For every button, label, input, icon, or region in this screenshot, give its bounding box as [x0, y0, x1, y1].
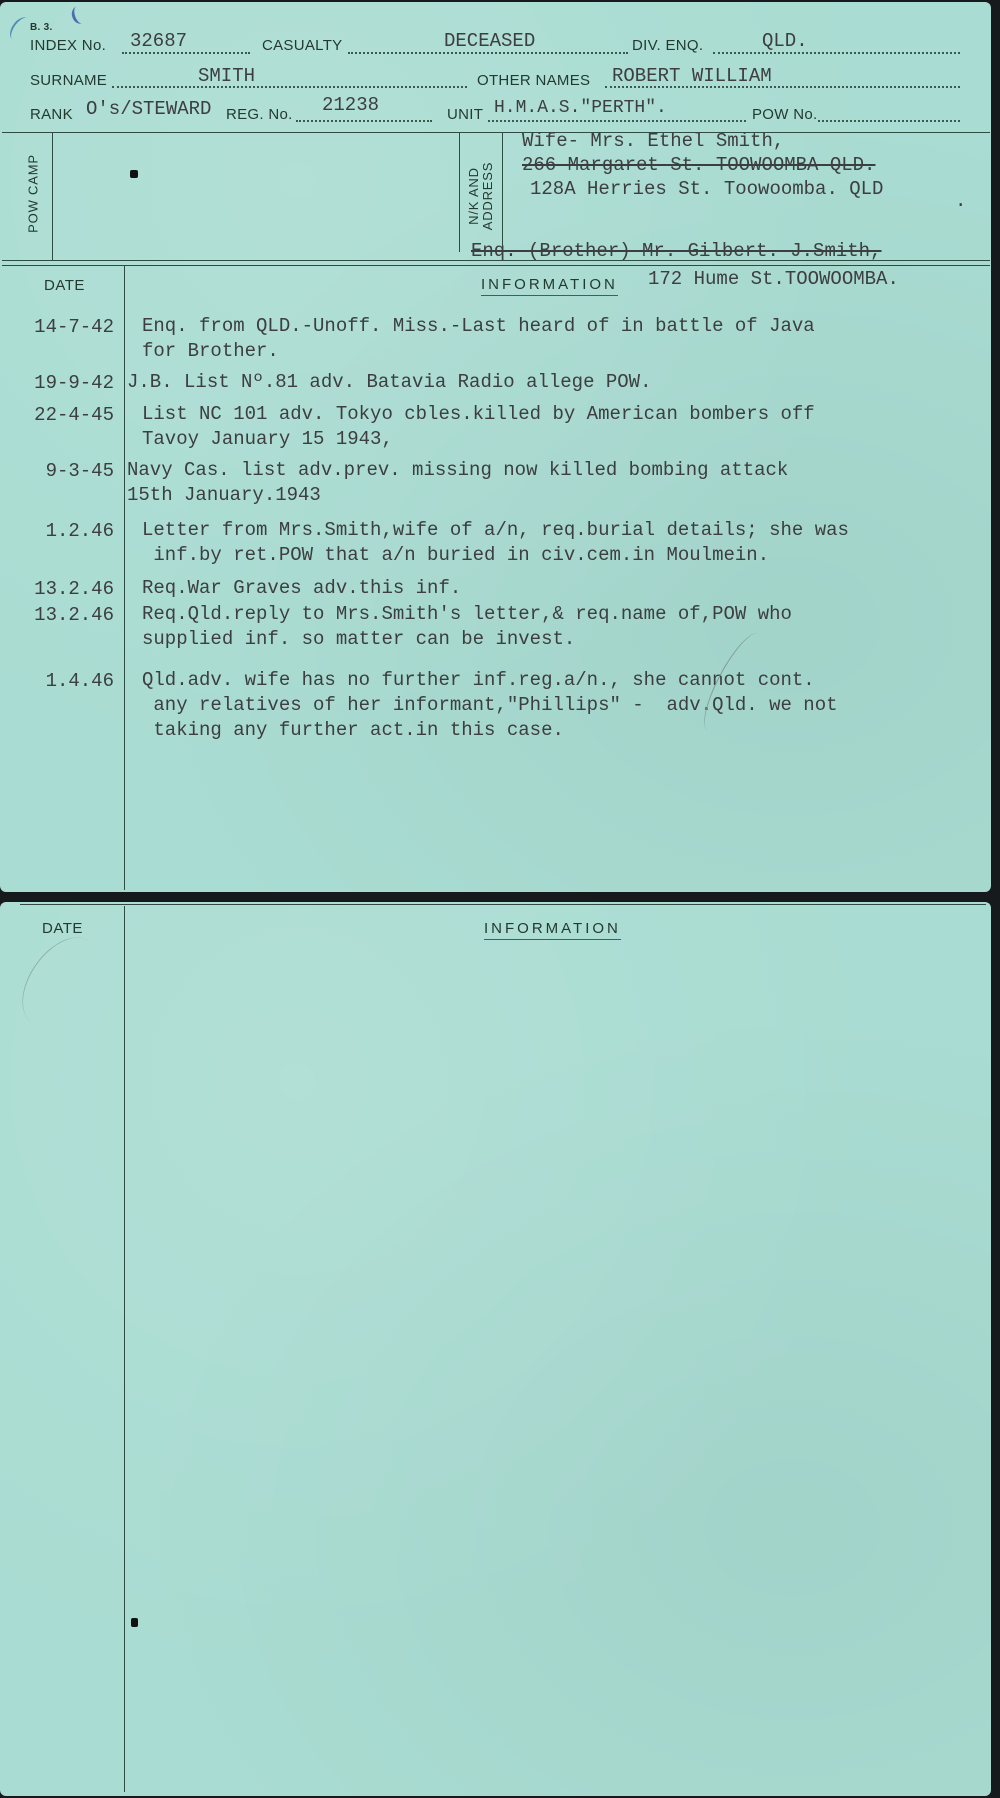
reg-no-value: 21238	[322, 94, 379, 116]
pen-annotation-mark	[69, 4, 89, 26]
casualty-value: DECEASED	[444, 30, 535, 52]
pow-no-label: POW No.	[752, 106, 817, 123]
pow-camp-label: POW CAMP	[26, 149, 41, 239]
casualty-line	[348, 52, 628, 54]
nk-address-label-line1: N/K AND	[466, 167, 481, 225]
rank-value: O's/STEWARD	[86, 98, 211, 120]
entry-date: 22-4-45	[0, 404, 114, 426]
entry-text-line: J.B. List Nº.81 adv. Batavia Radio alleg…	[127, 370, 652, 395]
entry-text-line: Navy Cas. list adv.prev. missing now kil…	[127, 458, 788, 483]
divider-line	[2, 132, 990, 133]
entry-date: 9-3-45	[0, 460, 114, 482]
entry-text-line: Enq. from QLD.-Unoff. Miss.-Last heard o…	[142, 314, 815, 339]
information-column-header: INFORMATION	[484, 920, 621, 940]
nk-address-line: 128A Herries St. Toowoomba. QLD	[530, 178, 883, 200]
information-column-header: INFORMATION	[481, 276, 618, 296]
other-names-value: ROBERT WILLIAM	[612, 65, 772, 87]
entry-text-line: Letter from Mrs.Smith,wife of a/n, req.b…	[142, 518, 849, 543]
nk-address-line-struck: Enq. (Brother) Mr. Gilbert. J.Smith,	[471, 240, 881, 262]
nk-address-line: Wife- Mrs. Ethel Smith,	[522, 130, 784, 152]
casualty-label: CASUALTY	[262, 37, 342, 54]
entry-date: 1.2.46	[0, 520, 114, 542]
entry-date: 13.2.46	[0, 578, 114, 600]
other-names-label: OTHER NAMES	[477, 72, 590, 89]
pencil-mark	[7, 924, 114, 1041]
index-no-value: 32687	[130, 30, 187, 52]
date-column-header: DATE	[42, 920, 83, 937]
surname-label: SURNAME	[30, 72, 107, 89]
punch-hole	[131, 1618, 138, 1627]
entry-date: 13.2.46	[0, 604, 114, 626]
div-enq-label: DIV. ENQ.	[632, 37, 703, 54]
divider-line	[52, 132, 53, 260]
dot-mark: .	[955, 190, 966, 212]
index-no-label: INDEX No.	[30, 37, 106, 54]
entry-text-line: for Brother.	[142, 339, 279, 364]
index-no-line	[122, 52, 250, 54]
date-column-header: DATE	[44, 277, 85, 294]
surname-line	[112, 86, 467, 88]
punch-hole	[130, 170, 138, 178]
index-card-back: DATE INFORMATION	[0, 902, 991, 1796]
date-column-divider	[124, 265, 125, 890]
form-code: B. 3.	[30, 22, 53, 33]
reg-no-label: REG. No.	[226, 106, 293, 123]
rank-label: RANK	[30, 106, 73, 123]
date-column-divider	[124, 906, 125, 1792]
entry-text-line: 15th January.1943	[127, 483, 321, 508]
entry-date: 1.4.46	[0, 670, 114, 692]
divider-line	[502, 132, 503, 252]
entry-text-line: Tavoy January 15 1943,	[142, 427, 393, 452]
div-enq-value: QLD.	[762, 30, 808, 52]
unit-value: H.M.A.S."PERTH".	[494, 98, 667, 118]
divider-line	[459, 132, 460, 252]
nk-address-label-line2: ADDRESS	[480, 162, 495, 230]
nk-address-line-struck: 266 Margaret St. TOOWOOMBA QLD.	[522, 154, 875, 176]
entry-text-line: taking any further act.in this case.	[142, 718, 564, 743]
index-card-front: B. 3. INDEX No. 32687 CASUALTY DECEASED …	[0, 2, 991, 892]
unit-line	[488, 120, 746, 122]
unit-label: UNIT	[447, 106, 483, 123]
reg-no-line	[296, 120, 432, 122]
entry-date: 19-9-42	[0, 372, 114, 394]
entry-text-line: List NC 101 adv. Tokyo cbles.killed by A…	[142, 402, 815, 427]
entry-text-line: inf.by ret.POW that a/n buried in civ.ce…	[142, 543, 769, 568]
entry-text-line: supplied inf. so matter can be invest.	[142, 627, 575, 652]
div-enq-line	[713, 52, 960, 54]
divider-line	[2, 260, 990, 261]
pow-no-line	[818, 120, 960, 122]
entry-text-line: Req.Qld.reply to Mrs.Smith's letter,& re…	[142, 602, 792, 627]
entry-date: 14-7-42	[0, 316, 114, 338]
surname-value: SMITH	[198, 65, 255, 87]
nk-address-label: N/K AND ADDRESS	[467, 151, 495, 241]
divider-line	[2, 265, 990, 266]
nk-address-line: 172 Hume St.TOOWOOMBA.	[648, 268, 899, 290]
entry-text-line: Req.War Graves adv.this inf.	[142, 576, 461, 601]
divider-line	[20, 904, 986, 905]
